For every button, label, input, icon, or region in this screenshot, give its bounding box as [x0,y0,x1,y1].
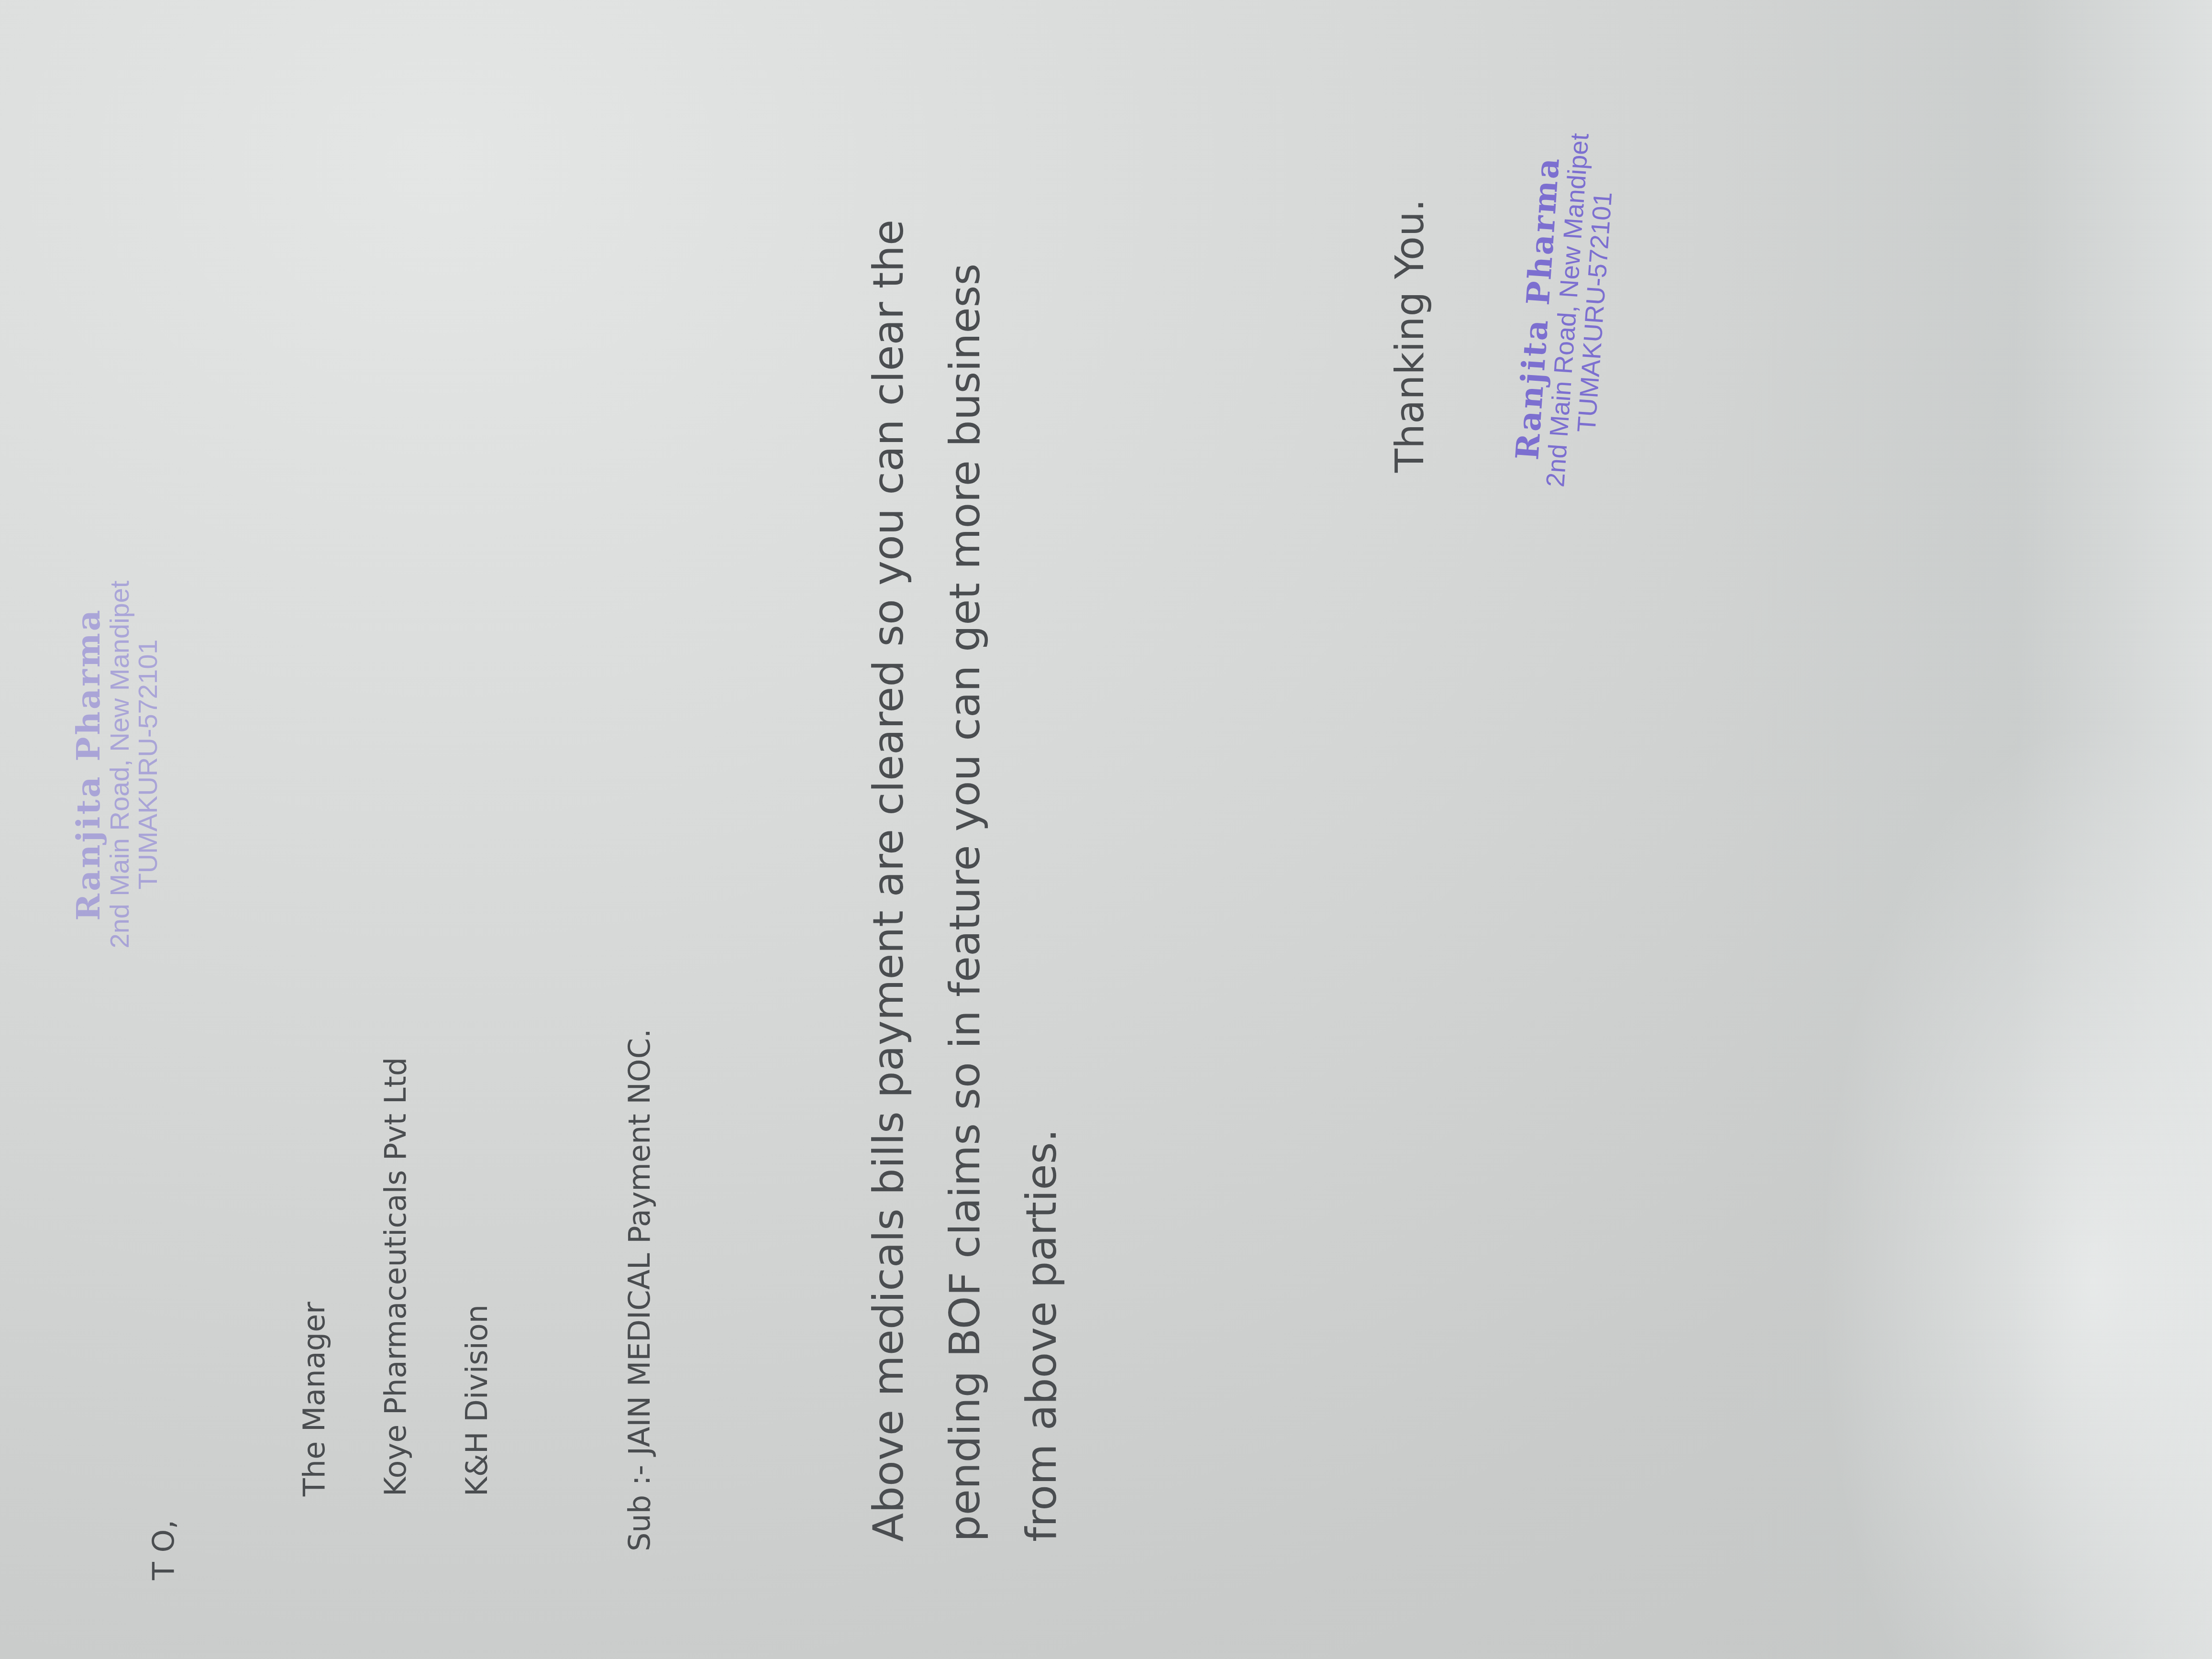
body-line-3: from above parties. [1017,1129,1066,1542]
signature-stamp: Ranjita Pharma 2nd Main Road, New Mandip… [1507,97,1624,523]
stamp-company-name: Ranjita Pharma [72,549,106,980]
recipient-line-3: K&H Division [459,1305,494,1496]
body-line-1: Above medicals bills payment are cleared… [863,220,913,1542]
letterhead-stamp: Ranjita Pharma 2nd Main Road, New Mandip… [72,549,162,980]
recipient-line-1: The Manager [297,1302,332,1496]
subject-line: Sub :- JAIN MEDICAL Payment NOC. [622,1029,657,1551]
stamp-address-line1: 2nd Main Road, New Mandipet [106,549,134,980]
recipient-line-2: Koye Pharmaceuticals Pvt Ltd [378,1057,413,1496]
stamp-address-line2: TUMAKURU-572101 [134,549,162,980]
salutation: T O, [146,1520,181,1580]
letter-page: Ranjita Pharma 2nd Main Road, New Mandip… [0,0,2212,1659]
body-line-2: pending BOF claims so in feature you can… [940,264,989,1542]
closing-text: Thanking You. [1387,199,1433,473]
